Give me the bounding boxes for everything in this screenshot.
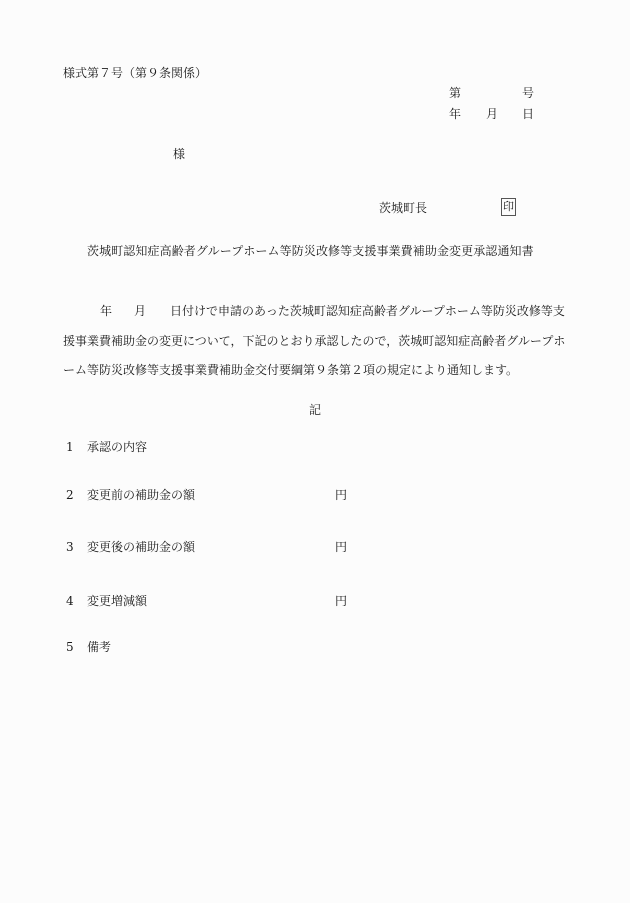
body-paragraph: 年 月 日付けで申請のあった茨城町認知症高齢者グループホーム等防災改修等支 援事…	[63, 297, 558, 386]
seal-mark: 印	[501, 198, 516, 216]
item-label: 承認の内容	[87, 440, 147, 454]
body-month-label: 月	[134, 297, 146, 327]
item-number: 2	[66, 488, 87, 502]
item-number: 5	[66, 640, 87, 654]
document-title: 茨城町認知症高齢者グループホーム等防災改修等支援事業費補助金変更承認通知書	[87, 244, 534, 258]
body-year-label: 年	[100, 297, 112, 327]
item-label: 変更前の補助金の額	[87, 488, 195, 502]
item-amount-after-unit: 円	[335, 540, 347, 554]
item-amount-before-unit: 円	[335, 488, 347, 502]
item-number: 4	[66, 594, 87, 608]
form-number: 様式第７号（第９条関係）	[63, 66, 207, 80]
document-number-prefix: 第	[449, 86, 461, 100]
item-number: 1	[66, 440, 87, 454]
body-line-2: 援事業費補助金の変更について，下記のとおり承認したので，茨城町認知症高齢者グルー…	[63, 327, 558, 357]
sender-title: 茨城町長	[379, 201, 427, 215]
body-line-3: ーム等防災改修等支援事業費補助金交付要綱第９条第２項の規定により通知します。	[63, 356, 558, 386]
date-day-label: 日	[522, 107, 534, 121]
item-remarks: 5備考	[66, 640, 111, 654]
item-change-amount: 4変更増減額	[66, 594, 147, 608]
date-year-label: 年	[449, 107, 461, 121]
item-number: 3	[66, 540, 87, 554]
document-page: { "form_number": "様式第７号（第９条関係）", "doc_nu…	[0, 0, 630, 903]
addressee-honorific: 様	[173, 147, 185, 161]
body-line-1-text: 日付けで申請のあった茨城町認知症高齢者グループホーム等防災改修等支	[170, 297, 565, 327]
item-approval-content: 1承認の内容	[66, 440, 147, 454]
item-amount-before: 2変更前の補助金の額	[66, 488, 195, 502]
item-label: 変更増減額	[87, 594, 147, 608]
item-amount-after: 3変更後の補助金の額	[66, 540, 195, 554]
item-label: 備考	[87, 640, 111, 654]
document-number-suffix: 号	[522, 86, 534, 100]
ki-heading: 記	[309, 403, 321, 417]
item-label: 変更後の補助金の額	[87, 540, 195, 554]
body-line-1: 年 月 日付けで申請のあった茨城町認知症高齢者グループホーム等防災改修等支	[63, 297, 558, 327]
item-change-amount-unit: 円	[335, 594, 347, 608]
date-month-label: 月	[486, 107, 498, 121]
